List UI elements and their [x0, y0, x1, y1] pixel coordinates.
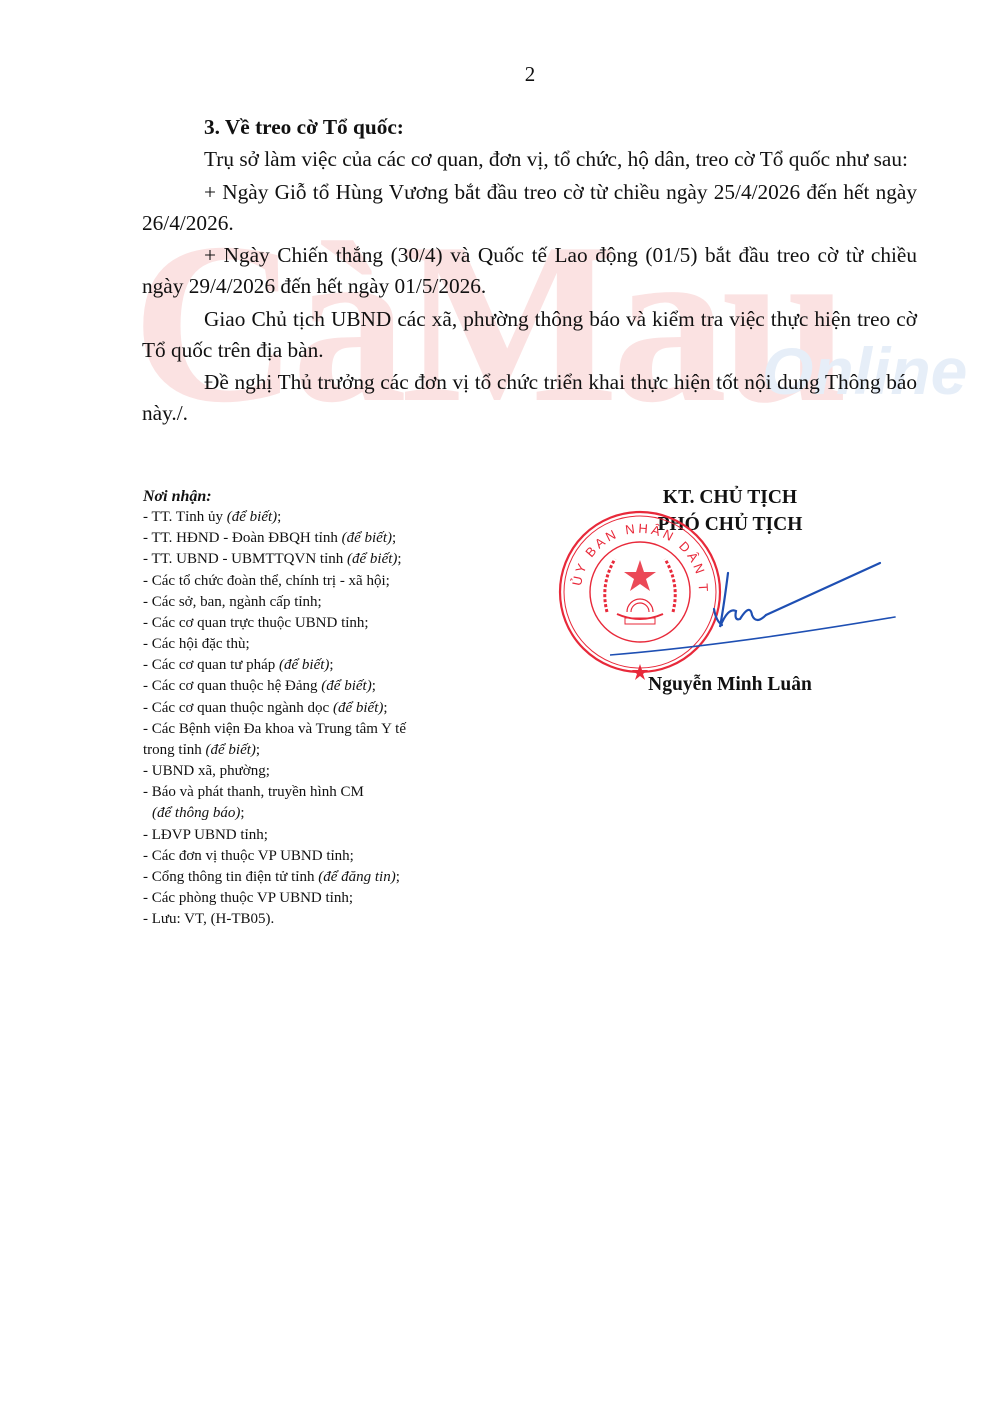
- page-number: 2: [0, 62, 1000, 87]
- recipient-item: trong tỉnh (để biết);: [143, 740, 503, 761]
- recipient-note: (để biết): [321, 678, 371, 694]
- recipient-note: (để biết): [227, 509, 277, 525]
- recipient-end: ;: [397, 551, 401, 567]
- recipient-item: - LĐVP UBND tỉnh;: [143, 825, 503, 846]
- recipient-item: - Các tổ chức đoàn thể, chính trị - xã h…: [143, 571, 503, 592]
- recipient-item: - Các cơ quan thuộc ngành dọc (để biết);: [143, 698, 503, 719]
- recipient-text: - Các sở, ban, ngành cấp tỉnh;: [143, 594, 322, 610]
- recipient-item: - UBND xã, phường;: [143, 761, 503, 782]
- recipient-note: (để biết): [333, 700, 383, 716]
- recipient-text: - Cổng thông tin điện tử tỉnh: [143, 869, 318, 885]
- recipient-note: (để biết): [279, 657, 329, 673]
- recipient-text: - Lưu: VT, (H-TB05).: [143, 911, 274, 927]
- paragraph: Giao Chủ tịch UBND các xã, phường thông …: [142, 304, 917, 366]
- paragraph: Trụ sở làm việc của các cơ quan, đơn vị,…: [142, 144, 917, 175]
- recipient-item: - Cổng thông tin điện tử tỉnh (để đăng t…: [143, 867, 503, 888]
- recipient-text: - TT. Tỉnh ủy: [143, 509, 227, 525]
- recipient-end: ;: [392, 530, 396, 546]
- recipient-text: - Các phòng thuộc VP UBND tỉnh;: [143, 890, 353, 906]
- section-body: 3. Về treo cờ Tổ quốc: Trụ sở làm việc c…: [142, 112, 917, 431]
- recipient-item: (để thông báo);: [143, 803, 503, 824]
- recipient-item: - Lưu: VT, (H-TB05).: [143, 909, 503, 930]
- recipients-title: Nơi nhận:: [143, 486, 503, 507]
- recipient-item: - Các Bệnh viện Đa khoa và Trung tâm Y t…: [143, 719, 503, 740]
- recipient-end: ;: [256, 742, 260, 758]
- recipient-end: ;: [383, 700, 387, 716]
- recipient-note: (để biết): [342, 530, 392, 546]
- handwritten-signature-icon: [610, 555, 900, 665]
- recipient-end: ;: [396, 869, 400, 885]
- recipient-item: - Báo và phát thanh, truyền hình CM: [143, 782, 503, 803]
- recipient-text: - Các đơn vị thuộc VP UBND tỉnh;: [143, 848, 354, 864]
- recipient-item: - Các hội đặc thù;: [143, 634, 503, 655]
- recipient-end: ;: [240, 805, 244, 821]
- section-heading: 3. Về treo cờ Tổ quốc:: [142, 112, 917, 143]
- recipient-text: - Các cơ quan tư pháp: [143, 657, 279, 673]
- recipients-list: Nơi nhận: - TT. Tỉnh ủy (để biết);- TT. …: [143, 486, 503, 930]
- recipient-note: (để biết): [347, 551, 397, 567]
- recipient-item: - Các cơ quan trực thuộc UBND tỉnh;: [143, 613, 503, 634]
- recipient-text: - UBND xã, phường;: [143, 763, 270, 779]
- recipient-note: (để đăng tin): [318, 869, 395, 885]
- recipient-item: - Các cơ quan tư pháp (để biết);: [143, 655, 503, 676]
- recipient-text: - Các cơ quan thuộc ngành dọc: [143, 700, 333, 716]
- recipient-text: trong tỉnh: [143, 742, 206, 758]
- recipient-item: - TT. Tỉnh ủy (để biết);: [143, 507, 503, 528]
- recipient-end: ;: [277, 509, 281, 525]
- paragraph: + Ngày Giỗ tổ Hùng Vương bắt đầu treo cờ…: [142, 177, 917, 239]
- recipient-end: ;: [372, 678, 376, 694]
- recipient-note: (để biết): [206, 742, 256, 758]
- recipient-text: - Các cơ quan thuộc hệ Đảng: [143, 678, 321, 694]
- recipient-item: - Các sở, ban, ngành cấp tỉnh;: [143, 592, 503, 613]
- recipient-item: - Các phòng thuộc VP UBND tỉnh;: [143, 888, 503, 909]
- recipient-text: - Báo và phát thanh, truyền hình CM: [143, 784, 364, 800]
- paragraph: Đề nghị Thủ trưởng các đơn vị tổ chức tr…: [142, 367, 917, 429]
- recipient-text: - TT. UBND - UBMTTQVN tỉnh: [143, 551, 347, 567]
- recipient-text: - Các tổ chức đoàn thể, chính trị - xã h…: [143, 573, 390, 589]
- recipient-note: (để thông báo): [152, 805, 240, 821]
- paragraph: + Ngày Chiến thắng (30/4) và Quốc tế Lao…: [142, 240, 917, 302]
- recipient-item: - TT. HĐND - Đoàn ĐBQH tỉnh (để biết);: [143, 528, 503, 549]
- recipient-item: - TT. UBND - UBMTTQVN tỉnh (để biết);: [143, 549, 503, 570]
- recipient-text: - Các Bệnh viện Đa khoa và Trung tâm Y t…: [143, 721, 406, 737]
- recipient-end: ;: [329, 657, 333, 673]
- recipient-text: - TT. HĐND - Đoàn ĐBQH tỉnh: [143, 530, 342, 546]
- recipient-text: - Các cơ quan trực thuộc UBND tỉnh;: [143, 615, 369, 631]
- recipient-text: - LĐVP UBND tỉnh;: [143, 827, 268, 843]
- recipient-item: - Các đơn vị thuộc VP UBND tỉnh;: [143, 846, 503, 867]
- recipient-item: - Các cơ quan thuộc hệ Đảng (để biết);: [143, 676, 503, 697]
- recipient-text: - Các hội đặc thù;: [143, 636, 250, 652]
